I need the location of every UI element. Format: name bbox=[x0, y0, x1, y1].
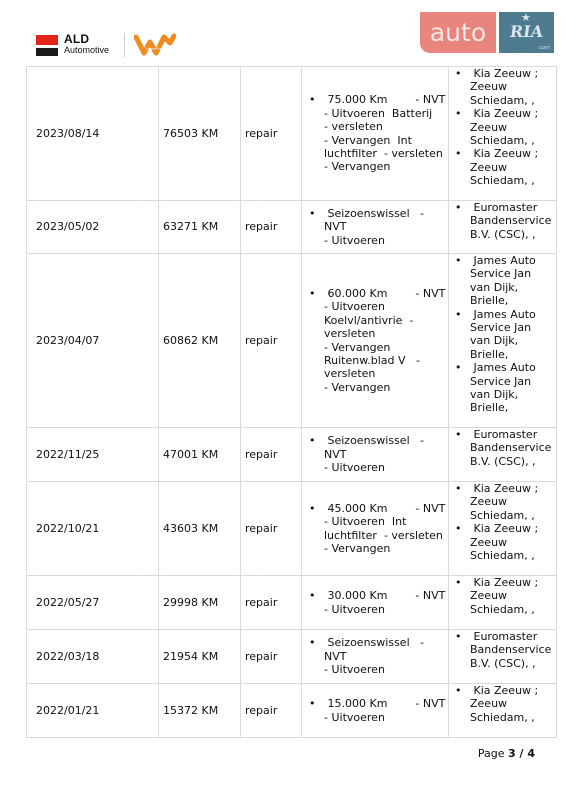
description-item: 30.000 Km - NVT - Uitvoeren bbox=[302, 589, 448, 616]
garage-item: James Auto Service Jan van Dijk, Brielle… bbox=[449, 361, 556, 415]
service-type: repair bbox=[241, 201, 302, 254]
garage-item: Kia Zeeuw ; Zeeuw Schiedam, , bbox=[449, 67, 556, 107]
service-description: 75.000 Km - NVT - Uitvoeren Batterij - v… bbox=[302, 67, 449, 201]
service-type: repair bbox=[241, 254, 302, 428]
service-date: 2023/04/07 bbox=[27, 254, 159, 428]
service-date: 2022/11/25 bbox=[27, 428, 159, 482]
service-garage: Kia Zeeuw ; Zeeuw Schiedam, , bbox=[449, 684, 557, 738]
service-garage: Euromaster Bandenservice B.V. (CSC), , bbox=[449, 201, 557, 254]
service-mileage: 60862 KM bbox=[159, 254, 241, 428]
ald-logo-line2: Automotive bbox=[64, 46, 109, 55]
description-item: 75.000 Km - NVT - Uitvoeren Batterij - v… bbox=[302, 93, 448, 173]
service-mileage: 43603 KM bbox=[159, 482, 241, 576]
garage-item: Kia Zeeuw ; Zeeuw Schiedam, , bbox=[449, 522, 556, 562]
garage-item: Kia Zeeuw ; Zeeuw Schiedam, , bbox=[449, 482, 556, 522]
garage-item: James Auto Service Jan van Dijk, Brielle… bbox=[449, 308, 556, 362]
page-header: ALD Automotive LeasePlan auto ★ RIA .com bbox=[0, 0, 566, 62]
service-type: repair bbox=[241, 482, 302, 576]
service-type: repair bbox=[241, 684, 302, 738]
garage-list: Kia Zeeuw ; Zeeuw Schiedam, , Kia Zeeuw … bbox=[449, 482, 556, 562]
table-row: 2023/08/1476503 KMrepair 75.000 Km - NVT… bbox=[27, 67, 557, 201]
garage-list: Euromaster Bandenservice B.V. (CSC), , bbox=[449, 201, 556, 241]
description-item: 60.000 Km - NVT - Uitvoeren Koelvl/antiv… bbox=[302, 287, 448, 394]
garage-list: James Auto Service Jan van Dijk, Brielle… bbox=[449, 254, 556, 415]
service-type: repair bbox=[241, 630, 302, 684]
ald-logo-line1: ALD bbox=[64, 33, 109, 45]
page-label: Page bbox=[478, 747, 508, 760]
service-mileage: 63271 KM bbox=[159, 201, 241, 254]
description-item: Seizoenswissel - NVT - Uitvoeren bbox=[302, 207, 448, 247]
service-description: 60.000 Km - NVT - Uitvoeren Koelvl/antiv… bbox=[302, 254, 449, 428]
ald-logo-text: ALD Automotive bbox=[64, 33, 109, 55]
garage-list: Kia Zeeuw ; Zeeuw Schiedam, , bbox=[449, 576, 556, 616]
garage-list: Euromaster Bandenservice B.V. (CSC), , bbox=[449, 630, 556, 670]
table-row: 2022/10/2143603 KMrepair 45.000 Km - NVT… bbox=[27, 482, 557, 576]
garage-list: Kia Zeeuw ; Zeeuw Schiedam, , bbox=[449, 684, 556, 724]
autoria-watermark-right: ★ RIA .com bbox=[499, 12, 554, 53]
description-list: Seizoenswissel - NVT - Uitvoeren bbox=[302, 207, 448, 247]
page-current: 3 bbox=[508, 747, 516, 760]
service-description: Seizoenswissel - NVT - Uitvoeren bbox=[302, 630, 449, 684]
service-garage: Euromaster Bandenservice B.V. (CSC), , bbox=[449, 630, 557, 684]
description-list: Seizoenswissel - NVT - Uitvoeren bbox=[302, 636, 448, 676]
autoria-watermark-left: auto bbox=[420, 12, 496, 53]
service-date: 2022/05/27 bbox=[27, 576, 159, 630]
service-type: repair bbox=[241, 576, 302, 630]
service-mileage: 29998 KM bbox=[159, 576, 241, 630]
service-type: repair bbox=[241, 67, 302, 201]
table-row: 2022/03/1821954 KMrepair Seizoenswissel … bbox=[27, 630, 557, 684]
autoria-ria-text: RIA bbox=[498, 22, 556, 41]
garage-item: Euromaster Bandenservice B.V. (CSC), , bbox=[449, 201, 556, 241]
service-description: Seizoenswissel - NVT - Uitvoeren bbox=[302, 201, 449, 254]
service-garage: Kia Zeeuw ; Zeeuw Schiedam, , Kia Zeeuw … bbox=[449, 482, 557, 576]
description-list: 45.000 Km - NVT - Uitvoeren Int luchtfil… bbox=[302, 502, 448, 556]
service-date: 2023/08/14 bbox=[27, 67, 159, 201]
service-mileage: 21954 KM bbox=[159, 630, 241, 684]
leaseplan-logo-icon: LeasePlan bbox=[134, 33, 176, 57]
table-row: 2023/04/0760862 KMrepair 60.000 Km - NVT… bbox=[27, 254, 557, 428]
service-history-table: 2023/08/1476503 KMrepair 75.000 Km - NVT… bbox=[26, 66, 557, 738]
garage-list: Kia Zeeuw ; Zeeuw Schiedam, , Kia Zeeuw … bbox=[449, 67, 556, 188]
service-date: 2022/10/21 bbox=[27, 482, 159, 576]
ald-logo-icon bbox=[36, 35, 58, 56]
service-description: 45.000 Km - NVT - Uitvoeren Int luchtfil… bbox=[302, 482, 449, 576]
description-item: Seizoenswissel - NVT - Uitvoeren bbox=[302, 434, 448, 474]
table-row: 2022/05/2729998 KMrepair 30.000 Km - NVT… bbox=[27, 576, 557, 630]
description-list: 60.000 Km - NVT - Uitvoeren Koelvl/antiv… bbox=[302, 287, 448, 394]
table-row: 2022/11/2547001 KMrepair Seizoenswissel … bbox=[27, 428, 557, 482]
garage-item: Kia Zeeuw ; Zeeuw Schiedam, , bbox=[449, 147, 556, 187]
service-garage: Kia Zeeuw ; Zeeuw Schiedam, , bbox=[449, 576, 557, 630]
table-row: 2022/01/2115372 KMrepair 15.000 Km - NVT… bbox=[27, 684, 557, 738]
page-separator: / bbox=[516, 747, 528, 760]
logo-divider bbox=[124, 33, 125, 57]
service-mileage: 76503 KM bbox=[159, 67, 241, 201]
page-total: 4 bbox=[527, 747, 535, 760]
description-list: 30.000 Km - NVT - Uitvoeren bbox=[302, 589, 448, 616]
table-row: 2023/05/0263271 KMrepair Seizoenswissel … bbox=[27, 201, 557, 254]
service-garage: James Auto Service Jan van Dijk, Brielle… bbox=[449, 254, 557, 428]
service-date: 2022/01/21 bbox=[27, 684, 159, 738]
service-mileage: 47001 KM bbox=[159, 428, 241, 482]
service-garage: Kia Zeeuw ; Zeeuw Schiedam, , Kia Zeeuw … bbox=[449, 67, 557, 201]
service-description: 30.000 Km - NVT - Uitvoeren bbox=[302, 576, 449, 630]
service-description: Seizoenswissel - NVT - Uitvoeren bbox=[302, 428, 449, 482]
description-item: 45.000 Km - NVT - Uitvoeren Int luchtfil… bbox=[302, 502, 448, 556]
garage-item: Kia Zeeuw ; Zeeuw Schiedam, , bbox=[449, 684, 556, 724]
service-type: repair bbox=[241, 428, 302, 482]
garage-item: James Auto Service Jan van Dijk, Brielle… bbox=[449, 254, 556, 308]
description-item: Seizoenswissel - NVT - Uitvoeren bbox=[302, 636, 448, 676]
description-item: 15.000 Km - NVT - Uitvoeren bbox=[302, 697, 448, 724]
svg-text:LeasePlan: LeasePlan bbox=[146, 47, 164, 51]
service-garage: Euromaster Bandenservice B.V. (CSC), , bbox=[449, 428, 557, 482]
garage-item: Kia Zeeuw ; Zeeuw Schiedam, , bbox=[449, 107, 556, 147]
autoria-com-text: .com bbox=[538, 45, 550, 51]
description-list: Seizoenswissel - NVT - Uitvoeren bbox=[302, 434, 448, 474]
garage-item: Euromaster Bandenservice B.V. (CSC), , bbox=[449, 428, 556, 468]
garage-item: Kia Zeeuw ; Zeeuw Schiedam, , bbox=[449, 576, 556, 616]
service-description: 15.000 Km - NVT - Uitvoeren bbox=[302, 684, 449, 738]
description-list: 15.000 Km - NVT - Uitvoeren bbox=[302, 697, 448, 724]
service-date: 2023/05/02 bbox=[27, 201, 159, 254]
garage-item: Euromaster Bandenservice B.V. (CSC), , bbox=[449, 630, 556, 670]
service-date: 2022/03/18 bbox=[27, 630, 159, 684]
service-mileage: 15372 KM bbox=[159, 684, 241, 738]
description-list: 75.000 Km - NVT - Uitvoeren Batterij - v… bbox=[302, 93, 448, 173]
garage-list: Euromaster Bandenservice B.V. (CSC), , bbox=[449, 428, 556, 468]
page-number: Page 3 / 4 bbox=[478, 747, 535, 760]
